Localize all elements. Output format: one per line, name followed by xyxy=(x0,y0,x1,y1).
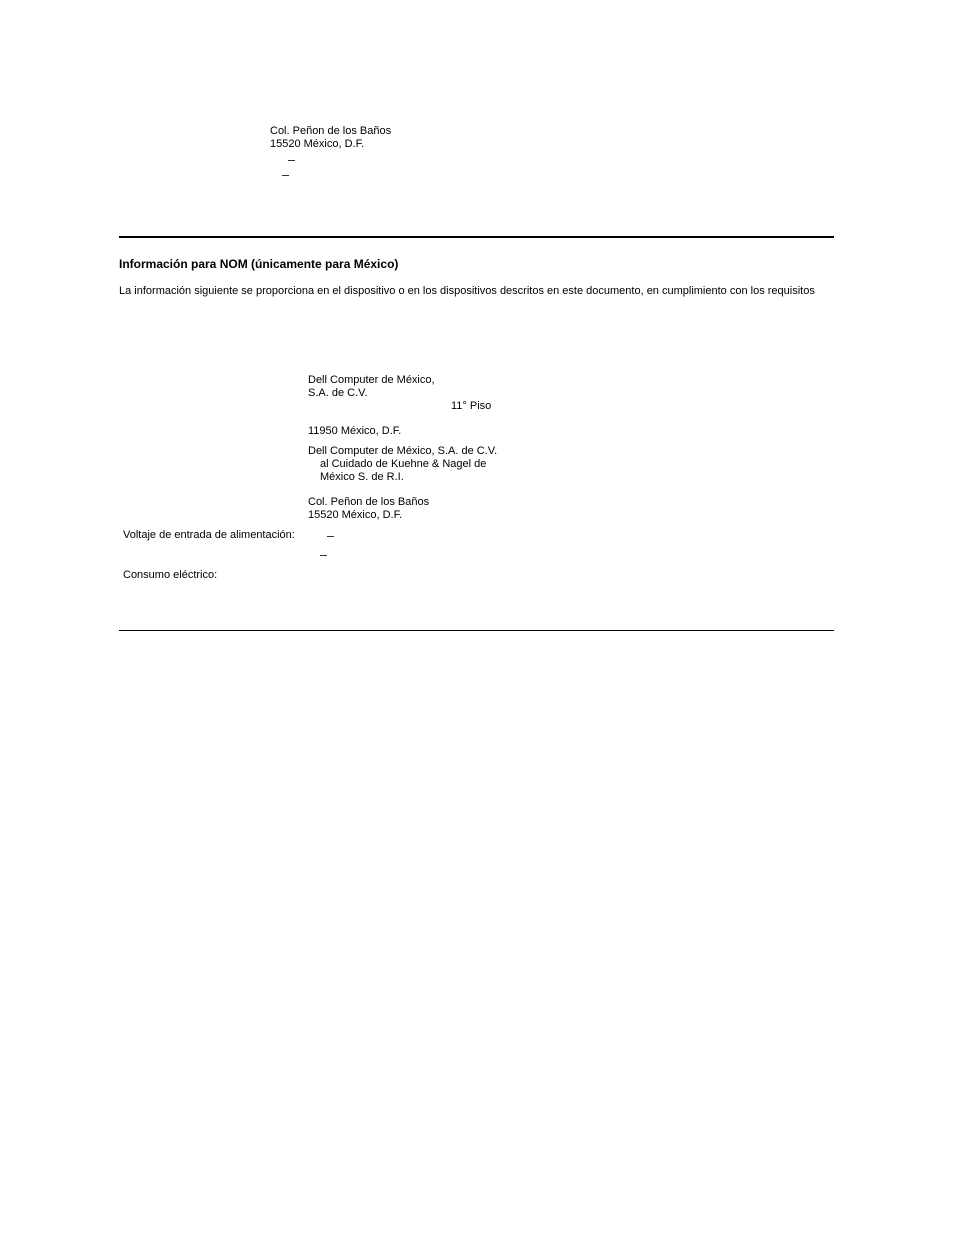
section-divider-bottom xyxy=(119,630,834,631)
importer-floor: 11° Piso xyxy=(451,400,491,413)
shipping-line-5: 15520 México, D.F. xyxy=(308,509,402,522)
shipping-line-1: Dell Computer de México, S.A. de C.V. xyxy=(308,445,497,458)
consumption-label: Consumo eléctrico: xyxy=(123,569,217,582)
importer-line-1: Dell Computer de México, xyxy=(308,374,435,387)
voltage-label: Voltaje de entrada de alimentación: xyxy=(123,529,295,542)
section-heading: Información para NOM (únicamente para Mé… xyxy=(119,257,398,271)
top-address-line-2: 15520 México, D.F. xyxy=(270,138,364,151)
dash-separator xyxy=(288,160,295,161)
importer-city: 11950 México, D.F. xyxy=(308,425,401,438)
shipping-line-2: al Cuidado de Kuehne & Nagel de xyxy=(320,458,486,471)
dash-separator xyxy=(327,536,334,537)
top-address-line-1: Col. Peñon de los Baños xyxy=(270,125,391,138)
importer-line-2: S.A. de C.V. xyxy=(308,387,368,400)
intro-paragraph: La información siguiente se proporciona … xyxy=(119,285,815,298)
dash-separator xyxy=(282,175,289,176)
dash-separator xyxy=(320,555,327,556)
shipping-line-3: México S. de R.I. xyxy=(320,471,404,484)
section-divider-top xyxy=(119,236,834,238)
shipping-line-4: Col. Peñon de los Baños xyxy=(308,496,429,509)
